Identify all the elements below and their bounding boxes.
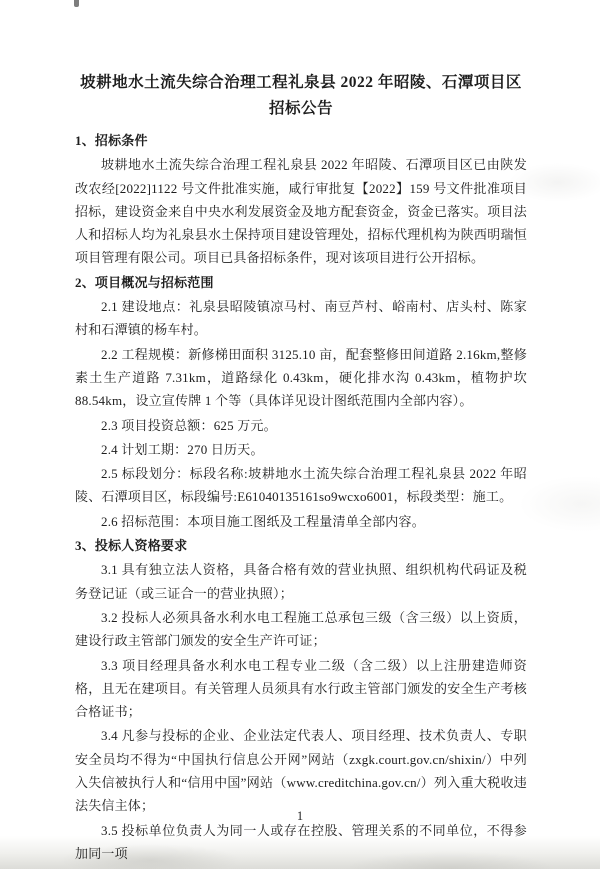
para-3-3-project-manager: 3.3 项目经理具备水利水电工程专业二级（含二级）以上注册建造师资格，且无在建项…	[75, 654, 527, 724]
para-2-5-bid-section-division: 2.5 标段划分：标段名称:坡耕地水土流失综合治理工程礼泉县 2022 年昭陵、…	[75, 462, 527, 509]
document-body: 坡耕地水土流失综合治理工程礼泉县 2022 年昭陵、石潭项目区 招标公告 1、招…	[75, 70, 527, 866]
para-bid-conditions: 坡耕地水土流失综合治理工程礼泉县 2022 年昭陵、石潭项目区已由陕发改农经[2…	[75, 153, 527, 269]
page-number: 1	[0, 809, 600, 824]
para-2-6-bid-scope: 2.6 招标范围：本项目施工图纸及工程量清单全部内容。	[75, 510, 527, 533]
para-3-4-credit-requirements: 3.4 凡参与投标的企业、企业法定代表人、项目经理、技术负责人、专职安全员均不得…	[75, 724, 527, 817]
para-2-1-location: 2.1 建设地点：礼泉县昭陵镇凉马村、南豆芦村、峪南村、店头村、陈家村和石潭镇的…	[75, 295, 527, 342]
document-title-line1: 坡耕地水土流失综合治理工程礼泉县 2022 年昭陵、石潭项目区	[75, 70, 527, 96]
document-page: 坡耕地水土流失综合治理工程礼泉县 2022 年昭陵、石潭项目区 招标公告 1、招…	[0, 0, 600, 869]
para-3-1-legal-person: 3.1 具有独立法人资格，具备合格有效的营业执照、组织机构代码证及税务登记证（或…	[75, 558, 527, 605]
para-2-4-planned-duration: 2.4 计划工期：270 日历天。	[75, 438, 527, 461]
heading-1-bid-conditions: 1、招标条件	[75, 129, 527, 152]
para-2-3-total-investment: 2.3 项目投资总额：625 万元。	[75, 414, 527, 437]
para-3-5-same-person-restriction: 3.5 投标单位负责人为同一人或存在控股、管理关系的不同单位，不得参加同一项	[75, 819, 527, 866]
heading-2-project-overview: 2、项目概况与招标范围	[75, 271, 527, 294]
document-title-line2: 招标公告	[75, 96, 527, 122]
para-3-2-qualification-grade: 3.2 投标人必须具备水利水电工程施工总承包三级（含三级）以上资质，建设行政主管…	[75, 606, 527, 653]
scan-artifact-mark	[74, 0, 79, 7]
heading-3-bidder-qualifications: 3、投标人资格要求	[75, 534, 527, 557]
para-2-2-project-scale: 2.2 工程规模：新修梯田面积 3125.10 亩，配套整修田间道路 2.16k…	[75, 343, 527, 413]
